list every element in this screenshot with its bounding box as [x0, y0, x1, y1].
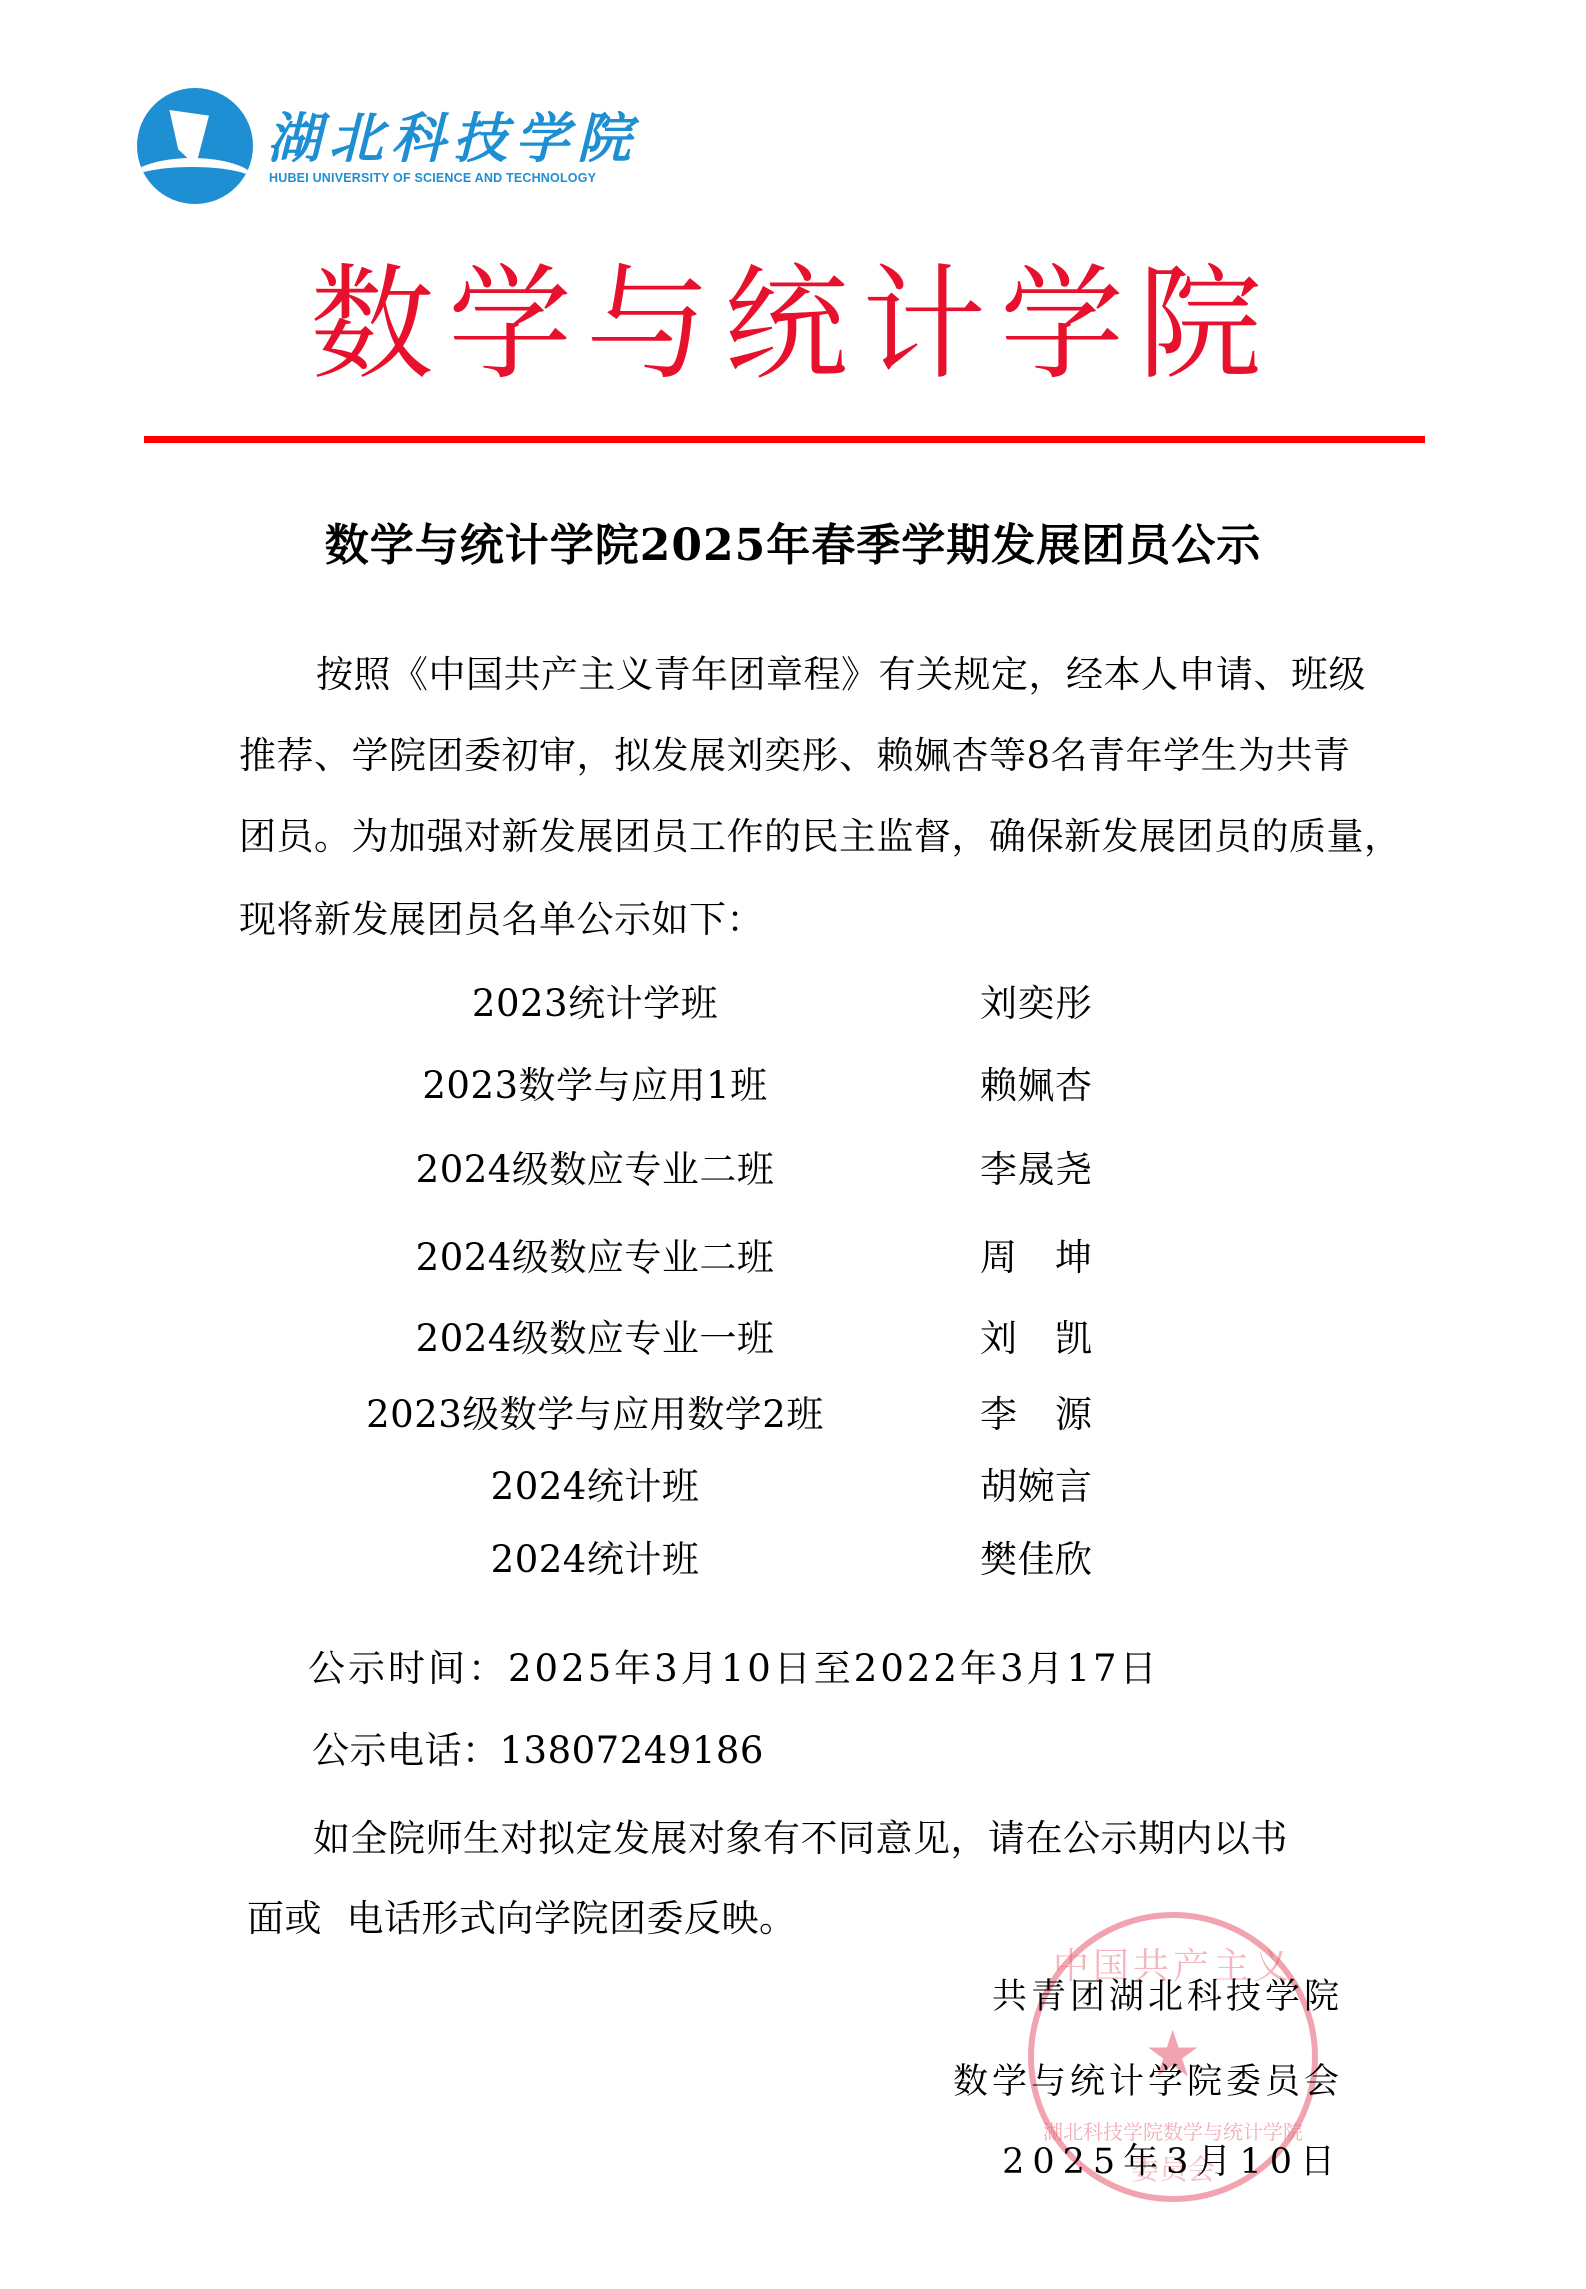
member-name: 刘奕彤 — [980, 984, 1093, 1024]
intro-line-2: 推荐、学院团委初审，拟发展刘奕彤、赖姵杏等8名青年学生为共青 — [239, 736, 1351, 776]
member-name: 樊佳欣 — [980, 1540, 1093, 1580]
signature-org-line-2: 数学与统计学院委员会 — [953, 2062, 1343, 2102]
masthead-title: 数学与统计学院 — [0, 250, 1586, 400]
signature-org-line-1: 共青团湖北科技学院 — [992, 1977, 1343, 2017]
publicity-phone: 公示电话：13807249186 — [312, 1731, 764, 1771]
intro-line-3: 团员。为加强对新发展团员工作的民主监督，确保新发展团员的质量， — [239, 817, 1402, 857]
member-name: 李晟尧 — [980, 1150, 1093, 1190]
seal-bottom-text: 湖北科技学院数学与统计学院 — [1034, 2116, 1312, 2145]
member-class: 2024级数应专业一班 — [295, 1319, 895, 1359]
member-name: 李 源 — [980, 1395, 1093, 1435]
member-name: 赖姵杏 — [980, 1066, 1093, 1106]
member-class: 2023级数学与应用数学2班 — [295, 1395, 895, 1435]
member-name: 胡婉言 — [980, 1467, 1093, 1507]
intro-line-4: 现将新发展团员名单公示如下： — [239, 900, 764, 940]
member-class: 2024统计班 — [295, 1467, 895, 1507]
closing-line-2: 面或 电话形式向学院团委反映。 — [247, 1899, 797, 1939]
publicity-period: 公示时间：2025年3月10日至2022年3月17日 — [308, 1649, 1160, 1689]
logo-name-en: HUBEI UNIVERSITY OF SCIENCE AND TECHNOLO… — [269, 171, 596, 185]
logo-emblem-icon — [137, 88, 253, 204]
logo-name-cn: 湖北科技学院 — [267, 96, 639, 173]
member-class: 2024统计班 — [295, 1540, 895, 1580]
masthead-divider — [144, 436, 1425, 443]
member-class: 2023数学与应用1班 — [295, 1066, 895, 1106]
intro-line-1: 按照《中国共产主义青年团章程》有关规定，经本人申请、班级 — [316, 655, 1366, 695]
member-class: 2023统计学班 — [295, 984, 895, 1024]
member-name: 周 坤 — [980, 1238, 1093, 1278]
member-class: 2024级数应专业二班 — [295, 1150, 895, 1190]
signature-date: 2025年3月10日 — [1002, 2142, 1343, 2182]
document-title: 数学与统计学院2025年春季学期发展团员公示 — [0, 518, 1586, 574]
university-logo: 湖北科技学院 HUBEI UNIVERSITY OF SCIENCE AND T… — [137, 88, 587, 208]
member-class: 2024级数应专业二班 — [295, 1238, 895, 1278]
closing-line-1: 如全院师生对拟定发展对象有不同意见，请在公示期内以书 — [313, 1819, 1288, 1859]
member-name: 刘 凯 — [980, 1319, 1093, 1359]
